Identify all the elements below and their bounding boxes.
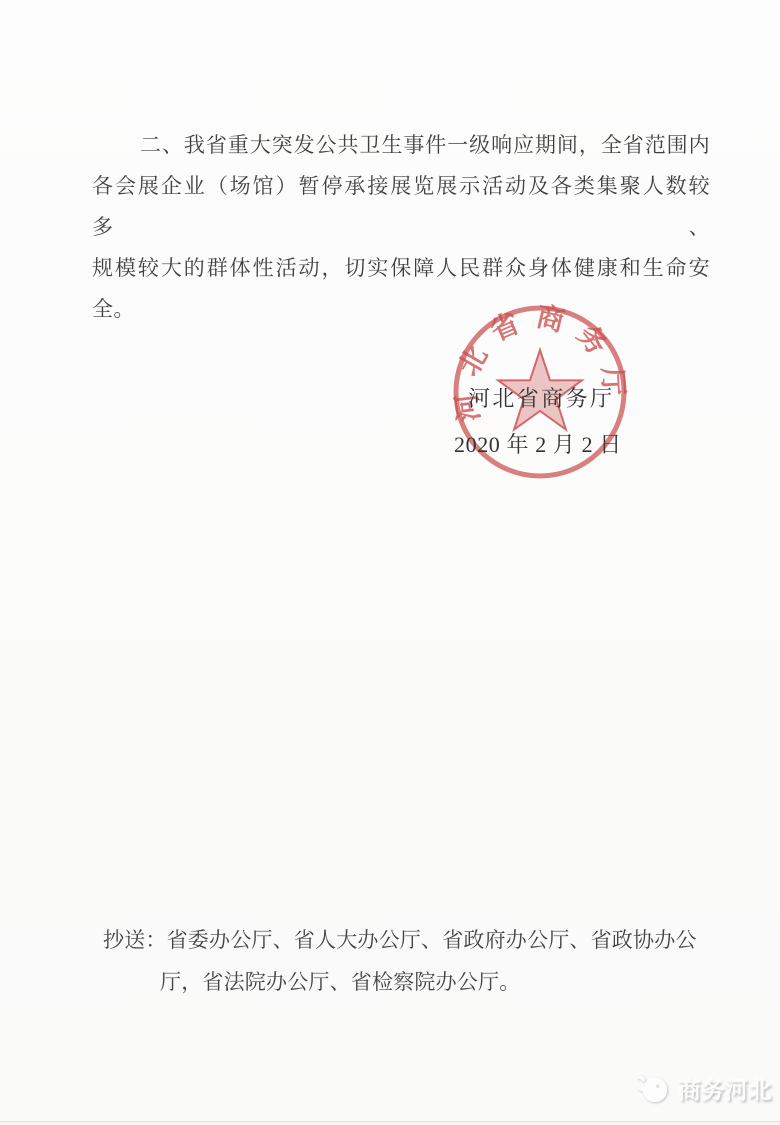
body-line: 规模较大的群体性活动，切实保障人民群众身体健康和生命安 xyxy=(92,248,710,289)
brand-logo-icon xyxy=(634,1071,672,1105)
brand-name: 商务河北 xyxy=(678,1072,772,1105)
cc-label: 抄送： xyxy=(103,928,167,952)
body-line: 各会展企业（场馆）暂停承接展览展示活动及各类集聚人数较多、 xyxy=(92,166,710,248)
cc-text: 省委办公厅、省人大办公厅、省政府办公厅、省政协办公 xyxy=(167,928,697,952)
cc-line: 抄送：省委办公厅、省人大办公厅、省政府办公厅、省政协办公 xyxy=(103,919,743,961)
cc-line: 厅，省法院办公厅、省检察院办公厅。 xyxy=(103,961,743,1003)
document-page: 二、我省重大突发公共卫生事件一级响应期间，全省范围内 各会展企业（场馆）暂停承接… xyxy=(0,0,780,1125)
signature-date: 2020 年 2 月 2 日 xyxy=(454,432,622,458)
body-line: 二、我省重大突发公共卫生事件一级响应期间，全省范围内 xyxy=(92,125,710,166)
brand-watermark: 商务河北 xyxy=(634,1069,772,1107)
cc-block: 抄送：省委办公厅、省人大办公厅、省政府办公厅、省政协办公 厅，省法院办公厅、省检… xyxy=(103,919,743,1003)
page-bottom-border xyxy=(0,1121,780,1125)
signature-org: 河北省商务厅 xyxy=(468,386,614,412)
